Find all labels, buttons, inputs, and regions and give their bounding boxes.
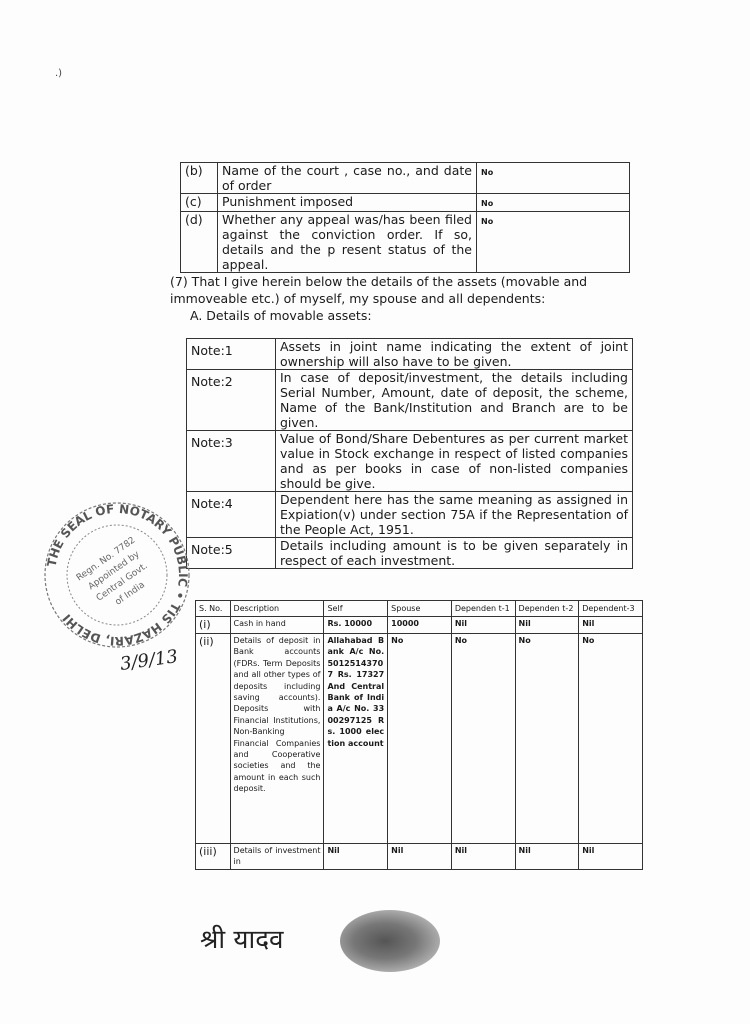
cell-description: Details of deposit in Bank accounts (FDR… — [230, 634, 324, 844]
note-row: Note:5Details including amount is to be … — [187, 538, 633, 569]
header-row: S. No. Description Self Spouse Dependen … — [196, 601, 643, 617]
header-dependent-1: Dependen t-1 — [451, 601, 515, 617]
row-key: (b) — [181, 163, 218, 194]
signature: श्री यादव — [200, 920, 283, 956]
cell-sno: (i) — [196, 617, 231, 634]
row-desc: Whether any appeal was/has been filed ag… — [218, 212, 477, 273]
note-text: Value of Bond/Share Debentures as per cu… — [276, 431, 633, 492]
row-value: No — [477, 163, 630, 194]
table-row: (b) Name of the court , case no., and da… — [181, 163, 630, 194]
cell-dependent-1: No — [451, 634, 515, 844]
header-dependent-3: Dependent-3 — [579, 601, 643, 617]
note-text: Dependent here has the same meaning as a… — [276, 492, 633, 538]
criminal-details-table: (b) Name of the court , case no., and da… — [180, 162, 630, 273]
row-value: No — [477, 194, 630, 212]
cell-dependent-2: Nil — [515, 844, 579, 870]
statement-text: (7) That I give herein below the details… — [170, 273, 630, 307]
movable-assets-table: S. No. Description Self Spouse Dependen … — [195, 600, 643, 870]
cell-spouse: Nil — [388, 844, 452, 870]
cell-dependent-3: Nil — [579, 844, 643, 870]
note-key: Note:5 — [187, 538, 276, 569]
note-row: Note:3Value of Bond/Share Debentures as … — [187, 431, 633, 492]
note-key: Note:2 — [187, 370, 276, 431]
cell-dependent-3: Nil — [579, 617, 643, 634]
note-text: In case of deposit/investment, the detai… — [276, 370, 633, 431]
header-sno: S. No. — [196, 601, 231, 617]
table-row: (d) Whether any appeal was/has been file… — [181, 212, 630, 273]
note-key: Note:1 — [187, 339, 276, 370]
cell-dependent-3: No — [579, 634, 643, 844]
note-text: Assets in joint name indicating the exte… — [276, 339, 633, 370]
notes-table: Note:1Assets in joint name indicating th… — [186, 338, 633, 569]
cell-spouse: 10000 — [388, 617, 452, 634]
page-mark: .) — [55, 68, 62, 79]
thumbprint-icon — [340, 910, 440, 972]
handwritten-date: 3/9/13 — [119, 646, 179, 675]
table-row: (ii) Details of deposit in Bank accounts… — [196, 634, 643, 844]
cell-self: Rs. 10000 — [324, 617, 388, 634]
note-row: Note:2In case of deposit/investment, the… — [187, 370, 633, 431]
table-row: (c) Punishment imposed No — [181, 194, 630, 212]
cell-spouse: No — [388, 634, 452, 844]
cell-dependent-2: Nil — [515, 617, 579, 634]
cell-self: Nil — [324, 844, 388, 870]
cell-self: Allahabad Bank A/c No. 50125143707 Rs. 1… — [324, 634, 388, 844]
note-row: Note:4Dependent here has the same meanin… — [187, 492, 633, 538]
note-row: Note:1Assets in joint name indicating th… — [187, 339, 633, 370]
cell-dependent-1: Nil — [451, 617, 515, 634]
subheading-movable-assets: A. Details of movable assets: — [170, 307, 630, 324]
table-row: (iii) Details of investment in Nil Nil N… — [196, 844, 643, 870]
note-key: Note:4 — [187, 492, 276, 538]
cell-dependent-2: No — [515, 634, 579, 844]
row-value: No — [477, 212, 630, 273]
header-dependent-2: Dependen t-2 — [515, 601, 579, 617]
header-self: Self — [324, 601, 388, 617]
cell-description: Details of investment in — [230, 844, 324, 870]
row-key: (c) — [181, 194, 218, 212]
row-desc: Name of the court , case no., and date o… — [218, 163, 477, 194]
cell-description: Cash in hand — [230, 617, 324, 634]
row-key: (d) — [181, 212, 218, 273]
cell-sno: (ii) — [196, 634, 231, 844]
cell-sno: (iii) — [196, 844, 231, 870]
note-text: Details including amount is to be given … — [276, 538, 633, 569]
note-key: Note:3 — [187, 431, 276, 492]
notary-seal-stamp: THE SEAL OF NOTARY PUBLIC • TIS HAZARI, … — [42, 500, 192, 650]
assets-statement: (7) That I give herein below the details… — [170, 273, 630, 324]
header-description: Description — [230, 601, 324, 617]
table-row: (i) Cash in hand Rs. 10000 10000 Nil Nil… — [196, 617, 643, 634]
header-spouse: Spouse — [388, 601, 452, 617]
row-desc: Punishment imposed — [218, 194, 477, 212]
cell-dependent-1: Nil — [451, 844, 515, 870]
